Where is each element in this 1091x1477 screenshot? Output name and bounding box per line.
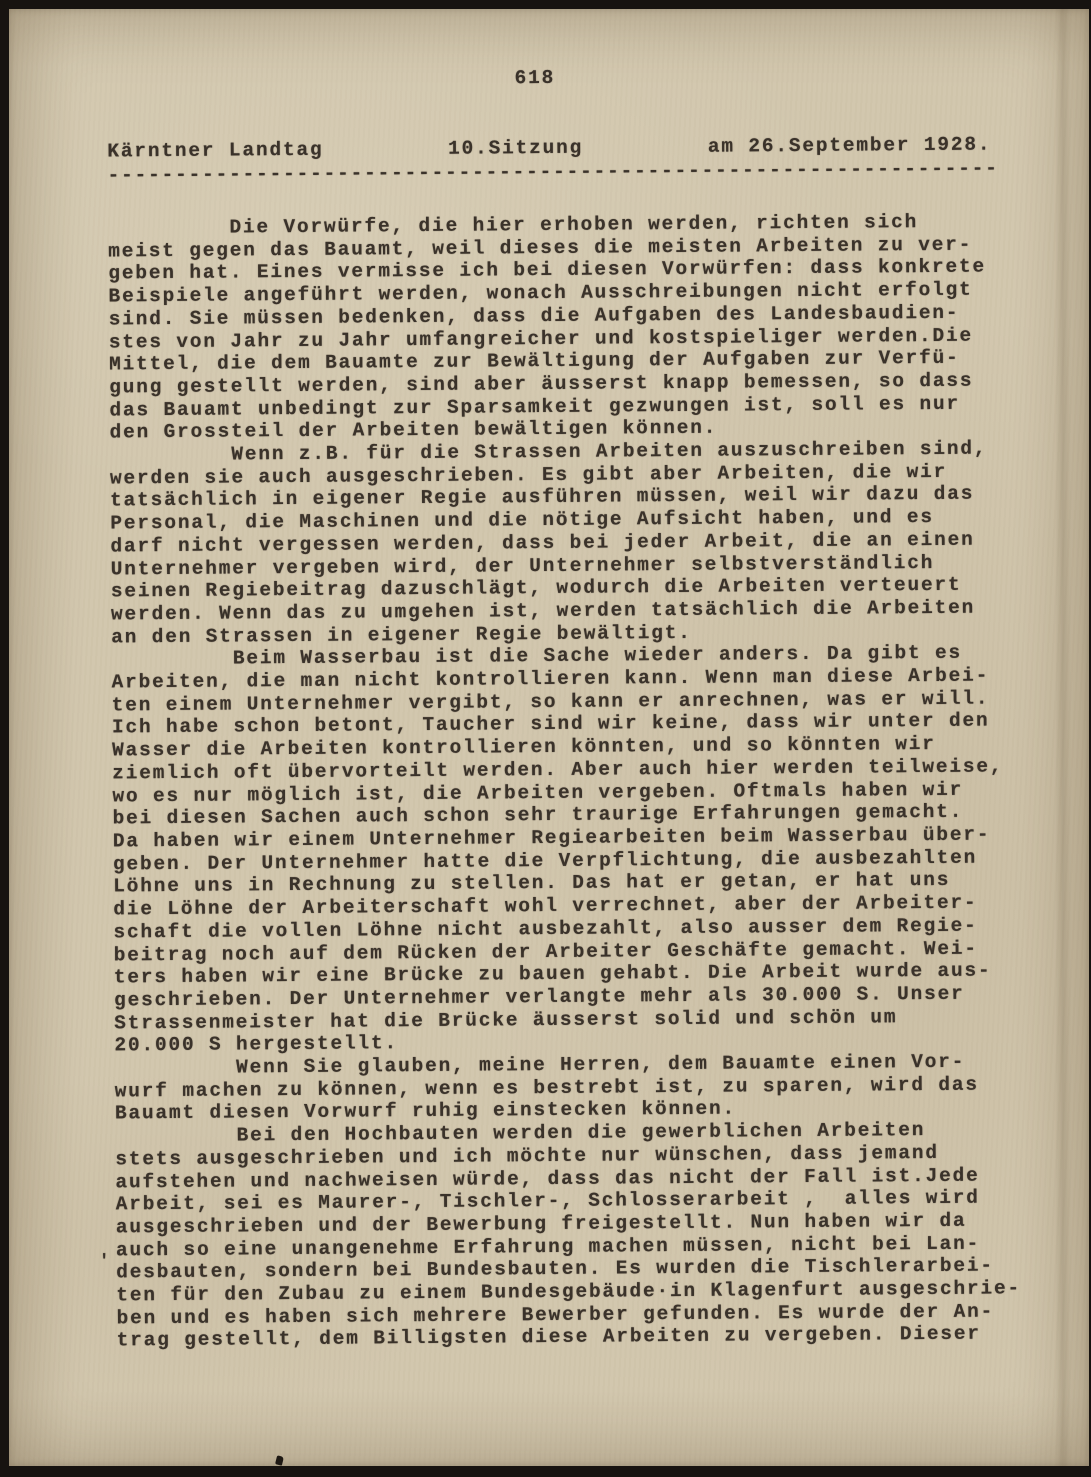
paragraph: Wenn z.B. für die Strassen Arbeiten ausz… [110, 437, 1016, 648]
margin-mark: ' [99, 1251, 109, 1274]
paragraph: Beim Wasserbau ist die Sache wieder ande… [111, 642, 1019, 1058]
paragraph: Wenn Sie glauben, meine Herren, dem Baua… [114, 1050, 1019, 1125]
typewritten-content: 618 Kärntner Landtag 10.Sitzung am 26.Se… [3, 5, 1091, 1470]
speech-transcript: Die Vorwürfe, die hier erhoben werden, r… [108, 210, 1022, 1352]
paper-sheet: 618 Kärntner Landtag 10.Sitzung am 26.Se… [9, 9, 1089, 1466]
header-session-number: 10.Sitzung [448, 137, 583, 161]
header-session-date: am 26.September 1928. [708, 134, 992, 159]
paragraph: Die Vorwürfe, die hier erhoben werden, r… [108, 210, 1014, 444]
page-number: 618 [455, 66, 615, 90]
paragraph: Bei den Hochbauten werden die gewerblich… [115, 1118, 1021, 1352]
header-assembly-name: Kärntner Landtag [107, 139, 323, 163]
scanned-document-page: { "page": { "number": "618", "colors": {… [0, 0, 1091, 1477]
